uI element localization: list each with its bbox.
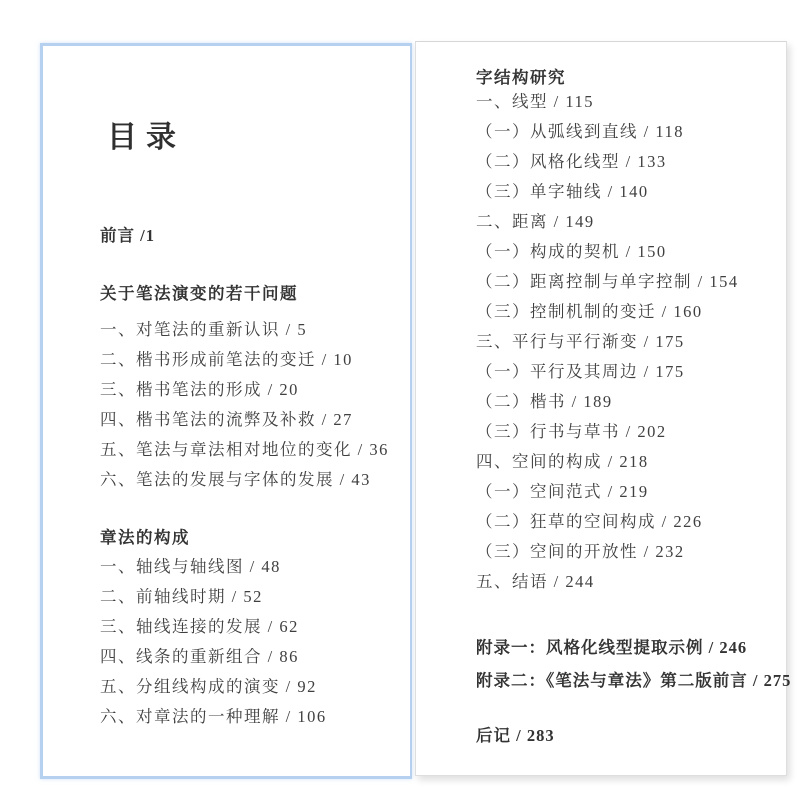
toc-item: 三、楷书笔法的形成 / 20 <box>100 375 389 405</box>
toc-item: 五、结语 / 244 <box>476 567 739 597</box>
toc-item: 一、轴线与轴线图 / 48 <box>100 552 327 582</box>
preface-line: 前言 /1 <box>100 222 155 246</box>
toc-item: 五、分组线构成的演变 / 92 <box>100 672 327 702</box>
appendix-item: 附录二：《笔法与章法》第二版前言 / 275 <box>476 664 791 697</box>
toc-item: （三）行书与草书 / 202 <box>476 417 739 447</box>
toc-item: （二）风格化线型 / 133 <box>476 147 739 177</box>
section-heading-zhangfa: 章法的构成 <box>100 524 190 548</box>
toc-item: （三）空间的开放性 / 232 <box>476 537 739 567</box>
section-items-zhangfa: 一、轴线与轴线图 / 48 二、前轴线时期 / 52 三、轴线连接的发展 / 6… <box>100 552 327 732</box>
toc-item: 四、楷书笔法的流弊及补救 / 27 <box>100 405 389 435</box>
appendix-item: 附录一：风格化线型提取示例 / 246 <box>476 631 791 664</box>
section-items-zijiegou: 一、线型 / 115 （一）从弧线到直线 / 118 （二）风格化线型 / 13… <box>476 87 739 597</box>
toc-item: 二、距离 / 149 <box>476 207 739 237</box>
toc-item: （三）控制机制的变迁 / 160 <box>476 297 739 327</box>
toc-item: （一）平行及其周边 / 175 <box>476 357 739 387</box>
toc-item: 四、空间的构成 / 218 <box>476 447 739 477</box>
toc-item: 一、线型 / 115 <box>476 87 739 117</box>
appendix-list: 附录一：风格化线型提取示例 / 246 附录二：《笔法与章法》第二版前言 / 2… <box>476 631 791 697</box>
toc-item: （三）单字轴线 / 140 <box>476 177 739 207</box>
toc-item: 二、前轴线时期 / 52 <box>100 582 327 612</box>
toc-item: 三、平行与平行渐变 / 175 <box>476 327 739 357</box>
toc-item: （一）从弧线到直线 / 118 <box>476 117 739 147</box>
toc-item: （二）狂草的空间构成 / 226 <box>476 507 739 537</box>
toc-title: 目录 <box>107 112 185 156</box>
toc-item: （一）构成的契机 / 150 <box>476 237 739 267</box>
toc-item: （一）空间范式 / 219 <box>476 477 739 507</box>
toc-item: 三、轴线连接的发展 / 62 <box>100 612 327 642</box>
toc-item: （二）距离控制与单字控制 / 154 <box>476 267 739 297</box>
book-toc-spread: 目录 前言 /1 关于笔法演变的若干问题 一、对笔法的重新认识 / 5 二、楷书… <box>0 0 810 810</box>
toc-item: 四、线条的重新组合 / 86 <box>100 642 327 672</box>
toc-item: 六、笔法的发展与字体的发展 / 43 <box>100 465 389 495</box>
postscript-line: 后记 / 283 <box>476 722 555 746</box>
toc-item: 六、对章法的一种理解 / 106 <box>100 702 327 732</box>
toc-item: 二、楷书形成前笔法的变迁 / 10 <box>100 345 389 375</box>
section-items-bifa: 一、对笔法的重新认识 / 5 二、楷书形成前笔法的变迁 / 10 三、楷书笔法的… <box>100 315 389 495</box>
left-page: 目录 前言 /1 关于笔法演变的若干问题 一、对笔法的重新认识 / 5 二、楷书… <box>40 43 412 779</box>
toc-item: 五、笔法与章法相对地位的变化 / 36 <box>100 435 389 465</box>
right-page: 字结构研究 一、线型 / 115 （一）从弧线到直线 / 118 （二）风格化线… <box>415 41 787 776</box>
toc-item: 一、对笔法的重新认识 / 5 <box>100 315 389 345</box>
section-heading-zijiegou: 字结构研究 <box>476 64 566 88</box>
toc-item: （二）楷书 / 189 <box>476 387 739 417</box>
section-heading-bifa: 关于笔法演变的若干问题 <box>100 280 298 304</box>
